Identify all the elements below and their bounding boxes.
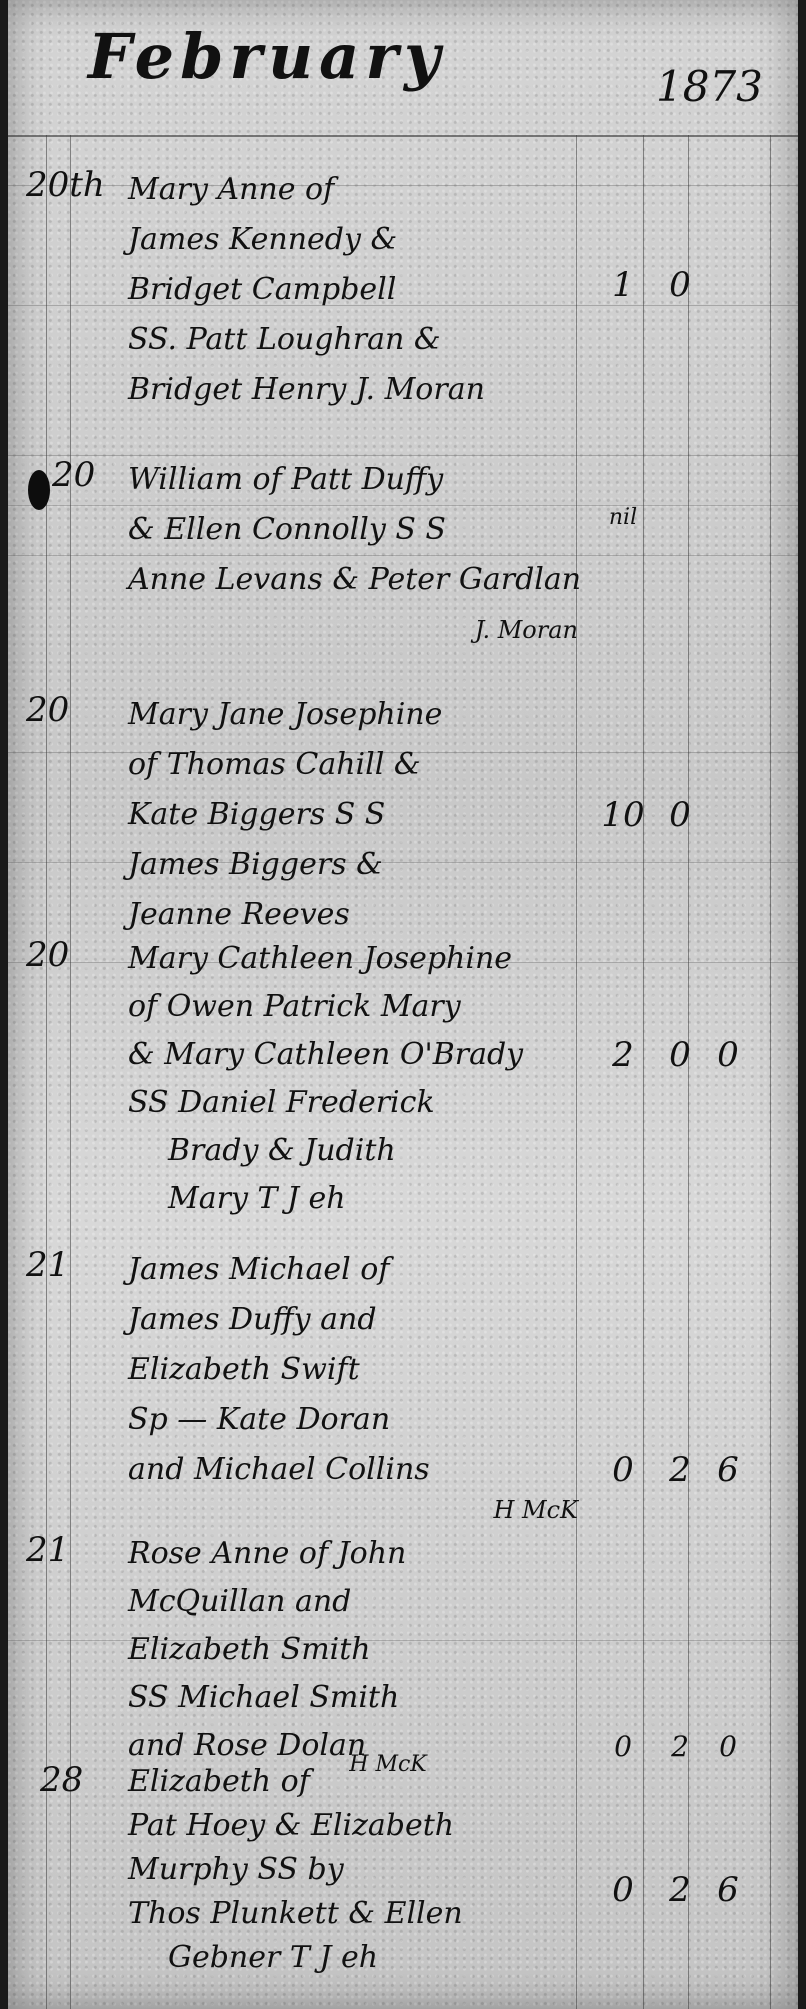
- entry-line: and Michael Collins: [128, 1445, 588, 1495]
- entry-line: Anne Levans & Peter Gardlan: [128, 555, 588, 605]
- entry-line: Jeanne Reeves: [128, 890, 588, 940]
- page-title-year: 1873: [656, 62, 763, 111]
- amount-pence: 0: [703, 1035, 753, 1075]
- header-rule: [8, 135, 798, 137]
- entry-line: & Mary Cathleen O'Brady: [128, 1031, 588, 1079]
- entry-date: 21: [26, 1530, 69, 1570]
- entry-line: James Biggers &: [128, 840, 588, 890]
- amount-shillings: 2: [660, 1870, 700, 1910]
- amount-pounds: 2: [588, 1035, 658, 1075]
- amount-shillings: 2: [660, 1450, 700, 1490]
- entry-line: Elizabeth of: [128, 1760, 588, 1804]
- amount-pounds: 0: [588, 1450, 658, 1490]
- entry-line: of Owen Patrick Mary: [128, 983, 588, 1031]
- amount-shillings: 2: [660, 1730, 700, 1763]
- entry-text: Mary Jane Josephine of Thomas Cahill & K…: [128, 690, 588, 940]
- entry-line: Elizabeth Swift: [128, 1345, 588, 1395]
- entry-line: Rose Anne of John: [128, 1530, 588, 1578]
- entry-line: Murphy SS by: [128, 1848, 588, 1892]
- entry-line: James Michael of: [128, 1245, 588, 1295]
- entry-date: 20: [52, 455, 95, 495]
- entry-line: Gebner T J eh: [128, 1936, 588, 1980]
- register-page: February 1873 20th Mary Anne of James Ke…: [8, 0, 798, 2009]
- entry-line: Elizabeth Smith: [128, 1626, 588, 1674]
- amount-pence: 6: [703, 1450, 753, 1490]
- entry-text: Rose Anne of John McQuillan and Elizabet…: [128, 1530, 588, 1770]
- entry-date: 20th: [26, 165, 105, 205]
- amount-pounds: 0: [588, 1870, 658, 1910]
- ink-blot: [28, 470, 50, 510]
- entry-line: Bridget Henry J. Moran: [128, 365, 588, 415]
- entry-line: McQuillan and: [128, 1578, 588, 1626]
- entry-line: Mary Anne of: [128, 165, 588, 215]
- amount-pounds: 0: [588, 1730, 658, 1763]
- entry-text: James Michael of James Duffy and Elizabe…: [128, 1245, 588, 1525]
- entry-line: J. Moran: [128, 605, 588, 655]
- entry-line: Mary T J eh: [128, 1175, 588, 1223]
- entry-line: SS. Patt Loughran &: [128, 315, 588, 365]
- entry-line: of Thomas Cahill &: [128, 740, 588, 790]
- amount-pence: 6: [703, 1870, 753, 1910]
- entry-line: & Ellen Connolly S S: [128, 505, 588, 555]
- entry-line: SS Michael Smith: [128, 1674, 588, 1722]
- entry-line: Thos Plunkett & Ellen: [128, 1892, 588, 1936]
- entry-line: Mary Jane Josephine: [128, 690, 588, 740]
- amount-shillings: 0: [660, 1035, 700, 1075]
- entry-text: Elizabeth of Pat Hoey & Elizabeth Murphy…: [128, 1760, 588, 1980]
- page-title-month: February: [88, 20, 446, 93]
- entry-text: Mary Anne of James Kennedy & Bridget Cam…: [128, 165, 588, 415]
- amount-pounds: 1: [588, 265, 658, 305]
- entry-line: Sp — Kate Doran: [128, 1395, 588, 1445]
- entry-line: James Kennedy &: [128, 215, 588, 265]
- amount-pounds: 10: [588, 795, 658, 835]
- entry-line: Pat Hoey & Elizabeth: [128, 1804, 588, 1848]
- entry-line: Kate Biggers S S: [128, 790, 588, 840]
- amount-shillings: 0: [660, 795, 700, 835]
- entry-text: William of Patt Duffy & Ellen Connolly S…: [128, 455, 588, 655]
- entry-date: 28: [40, 1760, 83, 1800]
- column-rule: [770, 135, 771, 2009]
- entry-line: Bridget Campbell: [128, 265, 588, 315]
- entry-date: 20: [26, 935, 69, 975]
- amount-pence: 0: [703, 1730, 753, 1763]
- entry-signature: H McK: [128, 1495, 588, 1525]
- entry-line: James Duffy and: [128, 1295, 588, 1345]
- entry-line: Mary Cathleen Josephine: [128, 935, 588, 983]
- amount-shillings: 0: [660, 265, 700, 305]
- entry-date: 20: [26, 690, 69, 730]
- entry-line: Brady & Judith: [128, 1127, 588, 1175]
- entry-text: Mary Cathleen Josephine of Owen Patrick …: [128, 935, 588, 1223]
- entry-line: SS Daniel Frederick: [128, 1079, 588, 1127]
- entry-line: William of Patt Duffy: [128, 455, 588, 505]
- entry-date: 21: [26, 1245, 69, 1285]
- amount-note: nil: [588, 505, 658, 530]
- column-rule: [70, 135, 71, 2009]
- column-rule: [46, 135, 47, 2009]
